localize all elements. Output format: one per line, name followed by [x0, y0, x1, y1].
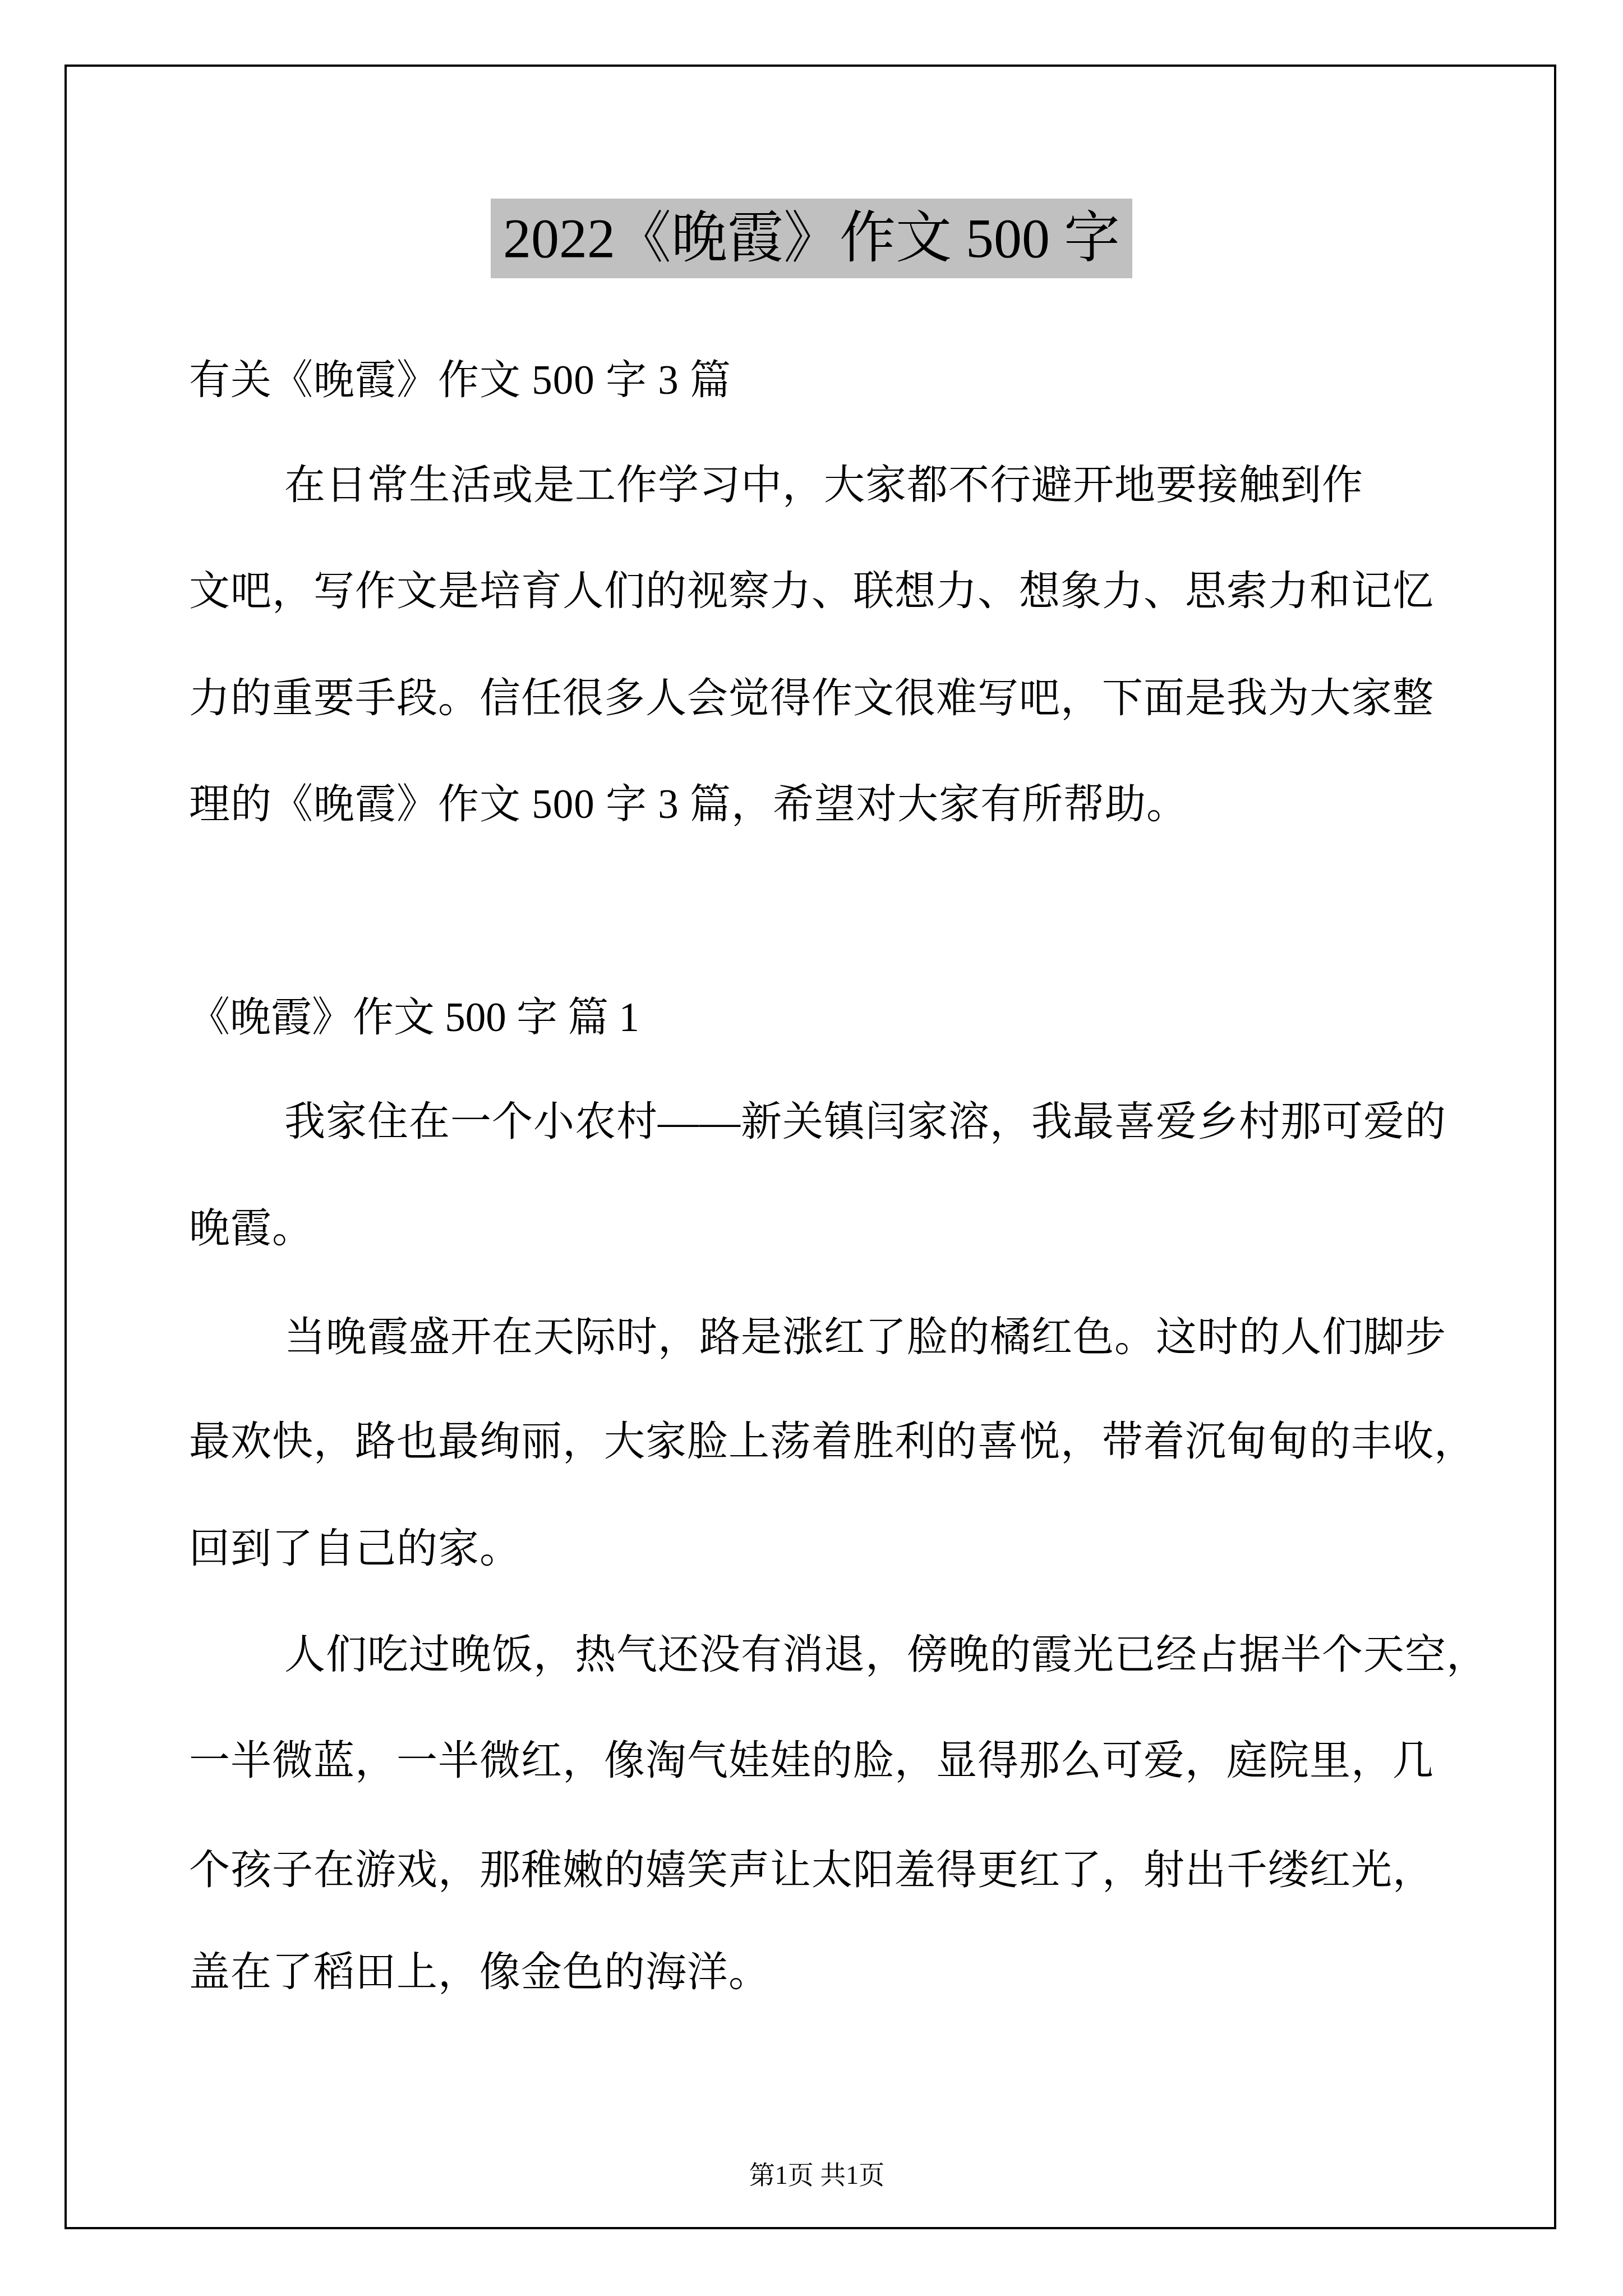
section-heading: 《晚霞》作文 500 字 篇 1 [189, 996, 639, 1039]
paragraph-line: 理的《晚霞》作文 500 字 3 篇，希望对大家有所帮助。 [189, 783, 1188, 826]
footer-row: 第1页 共1页 [64, 2132, 1556, 2190]
paragraph-line: 我家住在一个小农村——新关镇闫家溶，我最喜爱乡村那可爱的 [189, 1101, 1446, 1143]
paragraph-line: 在日常生活或是工作学习中，大家都不行避开地要接触到作 [189, 464, 1363, 507]
paragraph-line: 人们吃过晚饭，热气还没有消退，傍晚的霞光已经占据半个天空， [189, 1634, 1488, 1676]
paragraph-line: 力的重要手段。信任很多人会觉得作文很难写吧，下面是我为大家整 [189, 677, 1434, 720]
page-number-indicator: 第1页 共1页 [749, 2161, 885, 2189]
paragraph-line: 盖在了稻田上，像金色的海洋。 [189, 1951, 770, 1994]
paragraph-line: 最欢快，路也最绚丽，大家脸上荡着胜利的喜悦，带着沉甸甸的丰收， [189, 1420, 1476, 1463]
paragraph-line: 一半微蓝，一半微红，像淘气娃娃的脸，显得那么可爱，庭院里，几 [189, 1740, 1434, 1782]
paragraph-line: 个孩子在游戏，那稚嫩的嬉笑声让太阳羞得更红了，射出千缕红光， [189, 1849, 1434, 1892]
paragraph-line: 文吧，写作文是培育人们的视察力、联想力、想象力、思索力和记忆 [189, 570, 1434, 613]
document-title: 2022《晚霞》作文 500 字 [491, 199, 1132, 278]
meta-line: 有关《晚霞》作文 500 字 3 篇 [189, 359, 731, 402]
paragraph-line: 当晚霞盛开在天际时，路是涨红了脸的橘红色。这时的人们脚步 [189, 1316, 1446, 1359]
paragraph-line: 晚霞。 [189, 1207, 313, 1250]
paragraph-line: 回到了自己的家。 [189, 1527, 521, 1570]
title-row: 2022《晚霞》作文 500 字 [0, 199, 1623, 278]
